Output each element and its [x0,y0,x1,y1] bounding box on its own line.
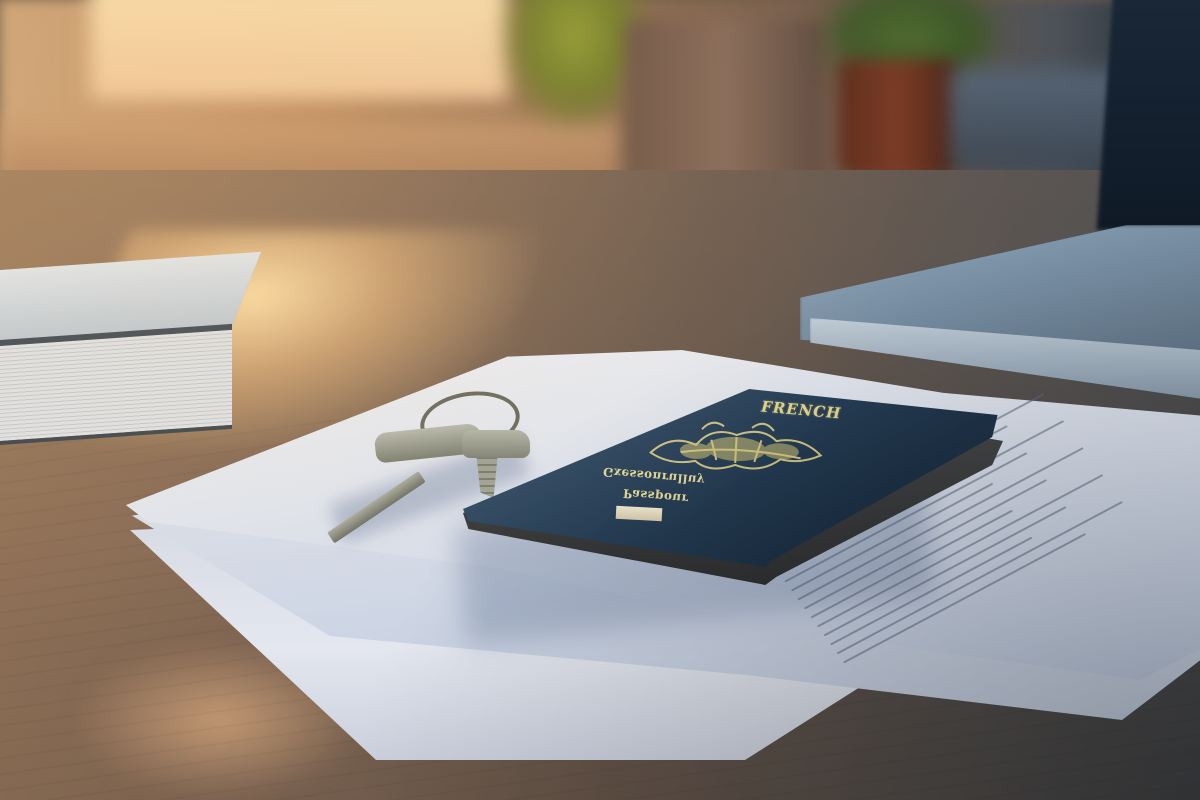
book [0,253,250,467]
biometric-chip-icon [616,506,663,521]
background-shelf [950,70,1120,170]
laptop-screen [1097,0,1200,230]
book-pages [0,324,232,447]
passport: FRENCH Gxessonrulluy Passpour [463,385,1003,585]
photo-scene: FRENCH Gxessonrulluy Passpour [0,0,1200,800]
window [90,0,510,100]
terracotta-pot [838,60,958,180]
